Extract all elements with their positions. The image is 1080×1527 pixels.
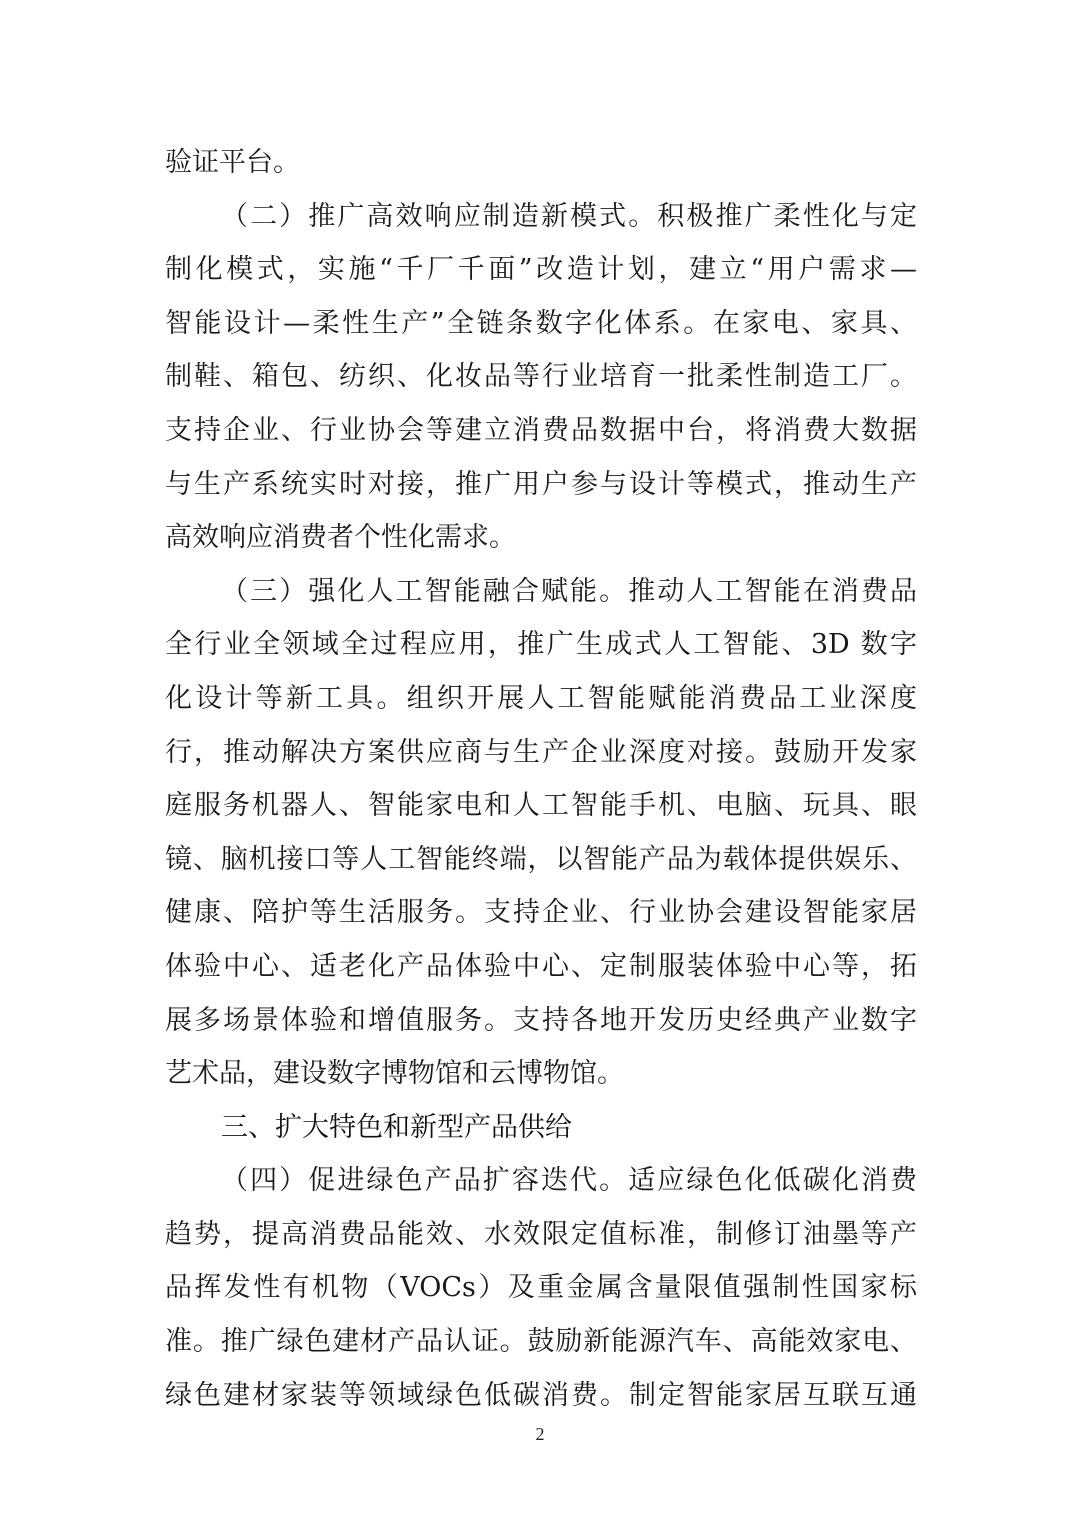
page-number: 2 — [0, 1424, 1080, 1445]
paragraph-line: 品挥发性有机物（VOCs）及重金属含量限值强制性国家标 — [165, 1265, 917, 1319]
section-heading: 三、扩大特色和新型产品供给 — [165, 1105, 917, 1159]
paragraph-line: 智能设计—柔性生产”全链条数字化体系。在家电、家具、 — [165, 301, 917, 355]
paragraph-line: 展多场景体验和增值服务。支持各地开发历史经典产业数字 — [165, 998, 917, 1052]
paragraph-line: 镜、脑机接口等人工智能终端，以智能产品为载体提供娱乐、 — [165, 837, 917, 891]
paragraph-line: 准。推广绿色建材产品认证。鼓励新能源汽车、高能效家电、 — [165, 1319, 917, 1373]
paragraph-line: 化设计等新工具。组织开展人工智能赋能消费品工业深度 — [165, 676, 917, 730]
paragraph-line: 趋势，提高消费品能效、水效限定值标准，制修订油墨等产 — [165, 1212, 917, 1266]
paragraph-line: 绿色建材家装等领域绿色低碳消费。制定智能家居互联互通 — [165, 1373, 917, 1427]
document-page: 验证平台。 （二）推广高效响应制造新模式。积极推广柔性化与定 制化模式，实施“千… — [0, 0, 1080, 1527]
paragraph-line: 体验中心、适老化产品体验中心、定制服装体验中心等，拓 — [165, 944, 917, 998]
subsection-heading-line: （四）促进绿色产品扩容迭代。适应绿色化低碳化消费 — [165, 1158, 917, 1212]
paragraph-line: 行，推动解决方案供应商与生产企业深度对接。鼓励开发家 — [165, 730, 917, 784]
subsection-heading-line: （三）强化人工智能融合赋能。推动人工智能在消费品 — [165, 569, 917, 623]
paragraph-line: 全行业全领域全过程应用，推广生成式人工智能、3D 数字 — [165, 622, 917, 676]
paragraph-line: 支持企业、行业协会等建立消费品数据中台，将消费大数据 — [165, 408, 917, 462]
paragraph-line: 庭服务机器人、智能家电和人工智能手机、电脑、玩具、眼 — [165, 783, 917, 837]
paragraph-line: 高效响应消费者个性化需求。 — [165, 515, 917, 569]
document-body: 验证平台。 （二）推广高效响应制造新模式。积极推广柔性化与定 制化模式，实施“千… — [165, 140, 917, 1426]
paragraph-line: 制化模式，实施“千厂千面”改造计划，建立“用户需求— — [165, 247, 917, 301]
paragraph-line: 验证平台。 — [165, 140, 917, 194]
paragraph-line: 艺术品，建设数字博物馆和云博物馆。 — [165, 1051, 917, 1105]
paragraph-line: 健康、陪护等生活服务。支持企业、行业协会建设智能家居 — [165, 890, 917, 944]
paragraph-line: 制鞋、箱包、纺织、化妆品等行业培育一批柔性制造工厂。 — [165, 354, 917, 408]
subsection-heading-line: （二）推广高效响应制造新模式。积极推广柔性化与定 — [165, 194, 917, 248]
paragraph-line: 与生产系统实时对接，推广用户参与设计等模式，推动生产 — [165, 462, 917, 516]
